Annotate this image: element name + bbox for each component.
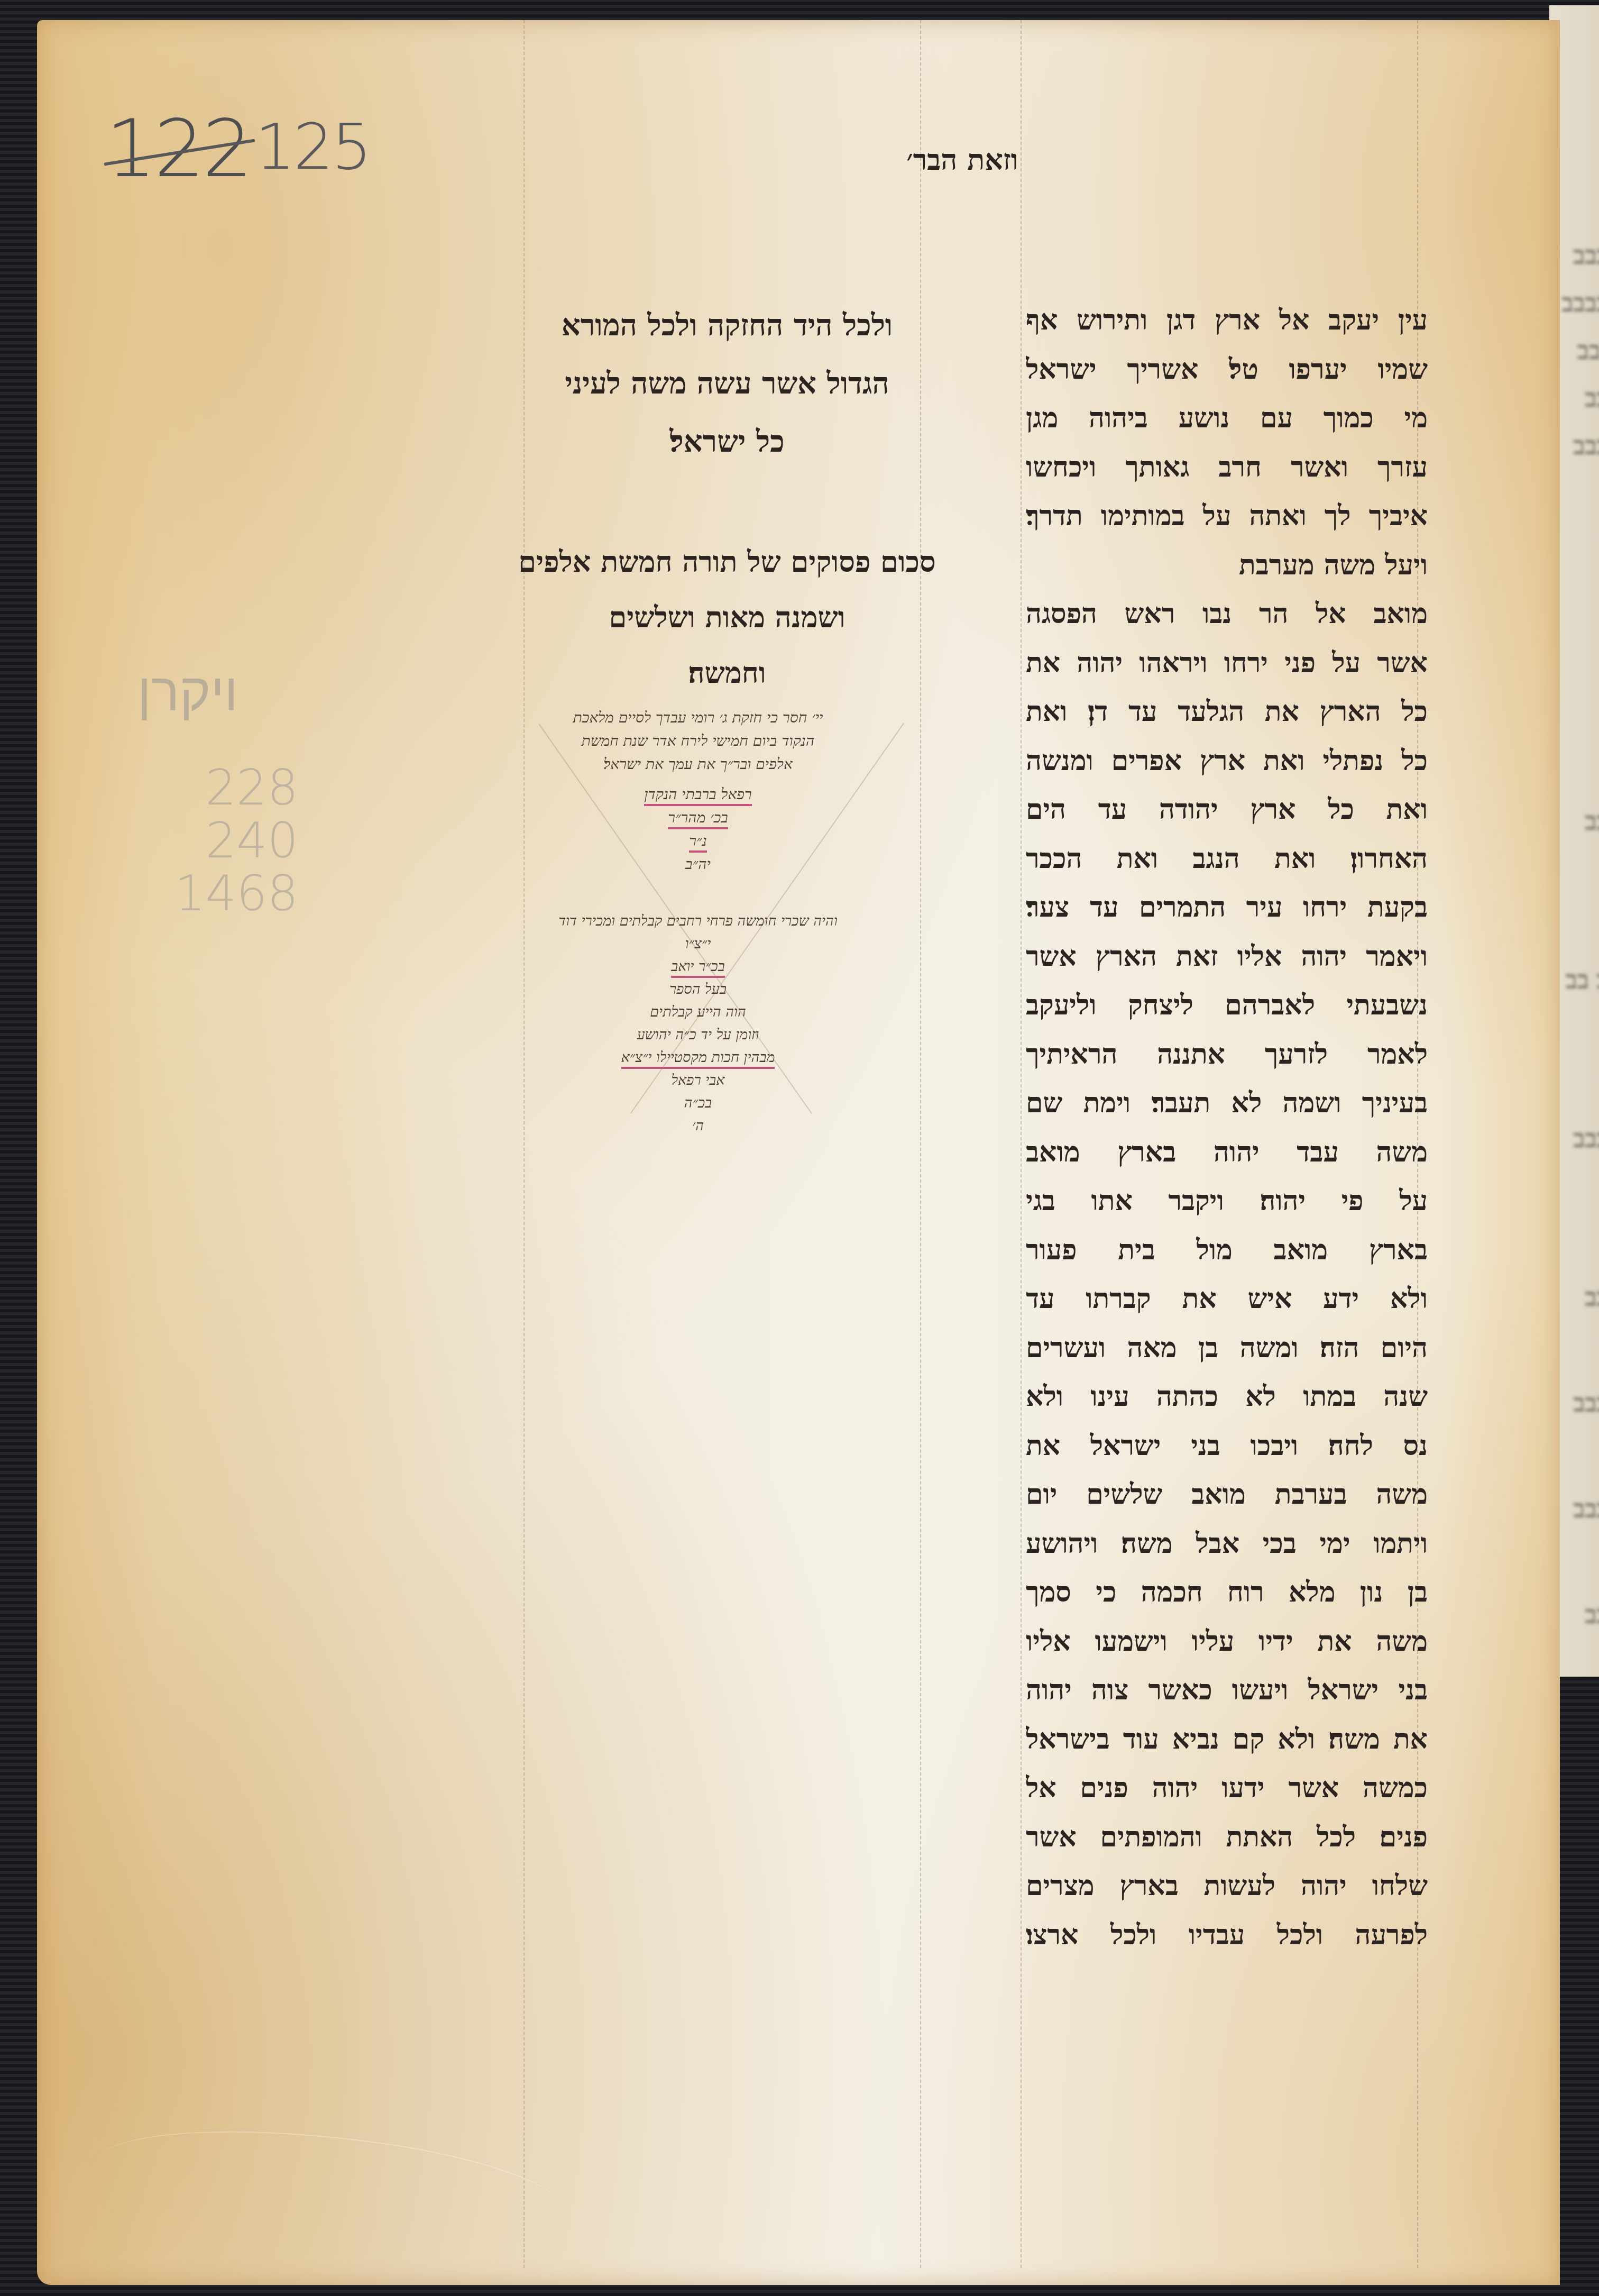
ghost-line: בב בב [1555,957,1599,1002]
cone-line: י״צ״ו [685,936,711,952]
text-line: כל הארץ את הגלעד עד דן׃ ואת [1026,688,1428,737]
text-line: כל נפתלי ואת ארץ אפרים ומנשה [1026,737,1428,786]
paper-crease [85,2103,571,2275]
count-line: סכום פסוקים של תורה חמשת אלפים [513,534,941,590]
text-line: ויעל משה מערבת [1026,541,1428,590]
cone-line: בכ״ה [684,1095,712,1111]
ghost-line: בבב [1555,1592,1599,1636]
text-line: מואב אל הר נבו ראש הפסגה [1026,590,1428,639]
text-line: את משה׃ ולא קם נביא עוד בישראל [1026,1715,1428,1764]
cone-line: יה״ב [685,855,711,873]
text-line: איביך לך ואתה על במותימו תדרך׃ [1026,492,1428,541]
text-line: שמיו יערפו טל׃ אשריך ישראל [1026,345,1428,395]
ghost-line: בבב [1555,1275,1599,1319]
verse-count: סכום פסוקים של תורה חמשת אלפים ושמנה מאו… [513,534,941,701]
text-line: עין יעקב אל ארץ דגן ותירוש אף [1026,296,1428,345]
pencil-number: 228 [174,762,298,815]
colophon-line: יי׳ חסר כי חזקת ג׳ רומי עבדך לסיים מלאכת [529,706,867,729]
verse-line: ולכל היד החזקה ולכל המורא [513,296,941,354]
pencil-number: 240 [174,815,298,867]
verse-line: כל ישראל׃ [513,413,941,471]
running-head: וזאת הבר׳ [888,143,1036,177]
ghost-line: בבבב [1555,1380,1599,1425]
text-line: משה את ידיו עליו וישמעו אליו [1026,1617,1428,1667]
text-line: היום הזה׃ ומשה בן מאה ועשרים [1026,1324,1428,1373]
text-line: משה בערבת מואב שלשים יום [1026,1470,1428,1520]
count-line: ושמנה מאות ושלשים [513,590,941,645]
colophon-line: הנקוד ביום חמישי לירח אדר שנת חמשת [529,729,867,753]
folio-cancelled: 122 [106,103,251,195]
text-line: בקעת ירחו עיר התמרים עד צער׃ [1026,883,1428,932]
text-line: אשר על פני ירחו ויראהו יהוה את [1026,639,1428,688]
text-line: משה עבד יהוה בארץ מואב [1026,1128,1428,1177]
ghost-line: בבבב [1555,1486,1599,1531]
text-line: בן נון מלא רוח חכמה כי סמך [1026,1568,1428,1617]
cone-line: בכ׳ מהר״ר [668,809,728,829]
text-line: על פי יהוה׃ ויקבר אתו בגי [1026,1177,1428,1226]
closing-verse: ולכל היד החזקה ולכל המורא הגדול אשר עשה … [513,296,941,471]
colophon-line: אלפים ובר״ך את עמך את ישראל׃ [529,753,867,776]
text-line: לפרעה ולכל עבדיו ולכל ארצו׃ [1026,1911,1428,1960]
text-line: האחרון׃ ואת הנגב ואת הככר [1026,835,1428,884]
main-text-column: עין יעקב אל ארץ דגן ותירוש אף שמיו יערפו… [1026,296,1428,1960]
text-line: ואת כל ארץ יהודה עד הים [1026,785,1428,835]
column-rule [1021,20,1022,2268]
colophon: יי׳ חסר כי חזקת ג׳ רומי עבדך לסיים מלאכת… [529,706,867,776]
ghost-line: בבבב [1555,1116,1599,1160]
cone-line: אבי רפאל [671,1072,724,1088]
text-line: ויתמו ימי בכי אבל משה׃ ויהושע [1026,1520,1428,1569]
pencil-number: 1468 [174,867,298,920]
ghost-line: בבבבב [1555,280,1599,325]
pencil-note-word: ויקרן [137,661,238,723]
text-line: ולא ידע איש את קברתו עד [1026,1275,1428,1324]
text-line: שלחו יהוה לעשות בארץ מצרים [1026,1862,1428,1911]
text-line: מי כמוך עם נושע ביהוה מגן [1026,394,1428,443]
text-line: עזרך ואשר חרב גאותך ויכחשו [1026,443,1428,492]
folio-current: 125 [255,111,370,184]
cone-line: ה׳ [692,1118,704,1134]
cone-line: הוה הייע קבלתים [650,1004,746,1020]
cone-line: בעל הספר [669,981,727,998]
cone-line: והיה שכרי חומשה פרחי רחבים קבלתים ומכירי… [558,913,838,929]
cone-line: וזומן על יד כ״ה יהושע [637,1027,759,1043]
ghost-line: בבב [1555,799,1599,843]
text-line: כמשה אשר ידעו יהוה פנים אל [1026,1764,1428,1813]
text-line: נס לחה׃ ויבכו בני ישראל את [1026,1422,1428,1471]
scribe-name: רפאל ברבתי הנקדן [644,785,751,806]
text-line: בעיניך ושמה לא תעבר׃ וימת שם [1026,1079,1428,1128]
cone-line: מבהין חכות מקסטיילו י״צ״א [621,1049,775,1069]
colophon-cone-bottom: והיה שכרי חומשה פרחי רחבים קבלתים ומכירי… [518,910,878,1137]
ghost-line: בבבב [1555,423,1599,468]
text-line: ויאמר יהוה אליו זאת הארץ אשר [1026,932,1428,982]
count-line: וחמשה׃ [513,645,941,701]
text-line: לאמר לזרעך אתננה הראיתיך [1026,1030,1428,1080]
cone-line: נ״ר [689,832,707,853]
ghost-line: ב בב [1555,328,1599,372]
text-line: נשבעתי לאברהם ליצחק וליעקב [1026,981,1428,1030]
text-line: שנה במתו לא כהתה עינו ולא [1026,1373,1428,1422]
text-line: בארץ מואב מול בית פעור [1026,1226,1428,1275]
verse-line: הגדול אשר עשה משה לעיני [513,354,941,413]
ghost-line: בבב [1555,376,1599,420]
owner-name: בכ״ר יואב [671,958,725,978]
ghost-line: בבבב [1555,233,1599,277]
text-line: בני ישראל ויעשו כאשר צוה יהוה [1026,1666,1428,1715]
folio-number: 122125 [106,103,370,195]
colophon-cone-top: רפאל ברבתי הנקדן בכ׳ מהר״ר נ״ר יה״ב [529,783,867,876]
text-line: פנים׃ לכל האתת והמופתים אשר [1026,1813,1428,1862]
pencil-note-sum: 228 240 1468 [174,762,298,920]
